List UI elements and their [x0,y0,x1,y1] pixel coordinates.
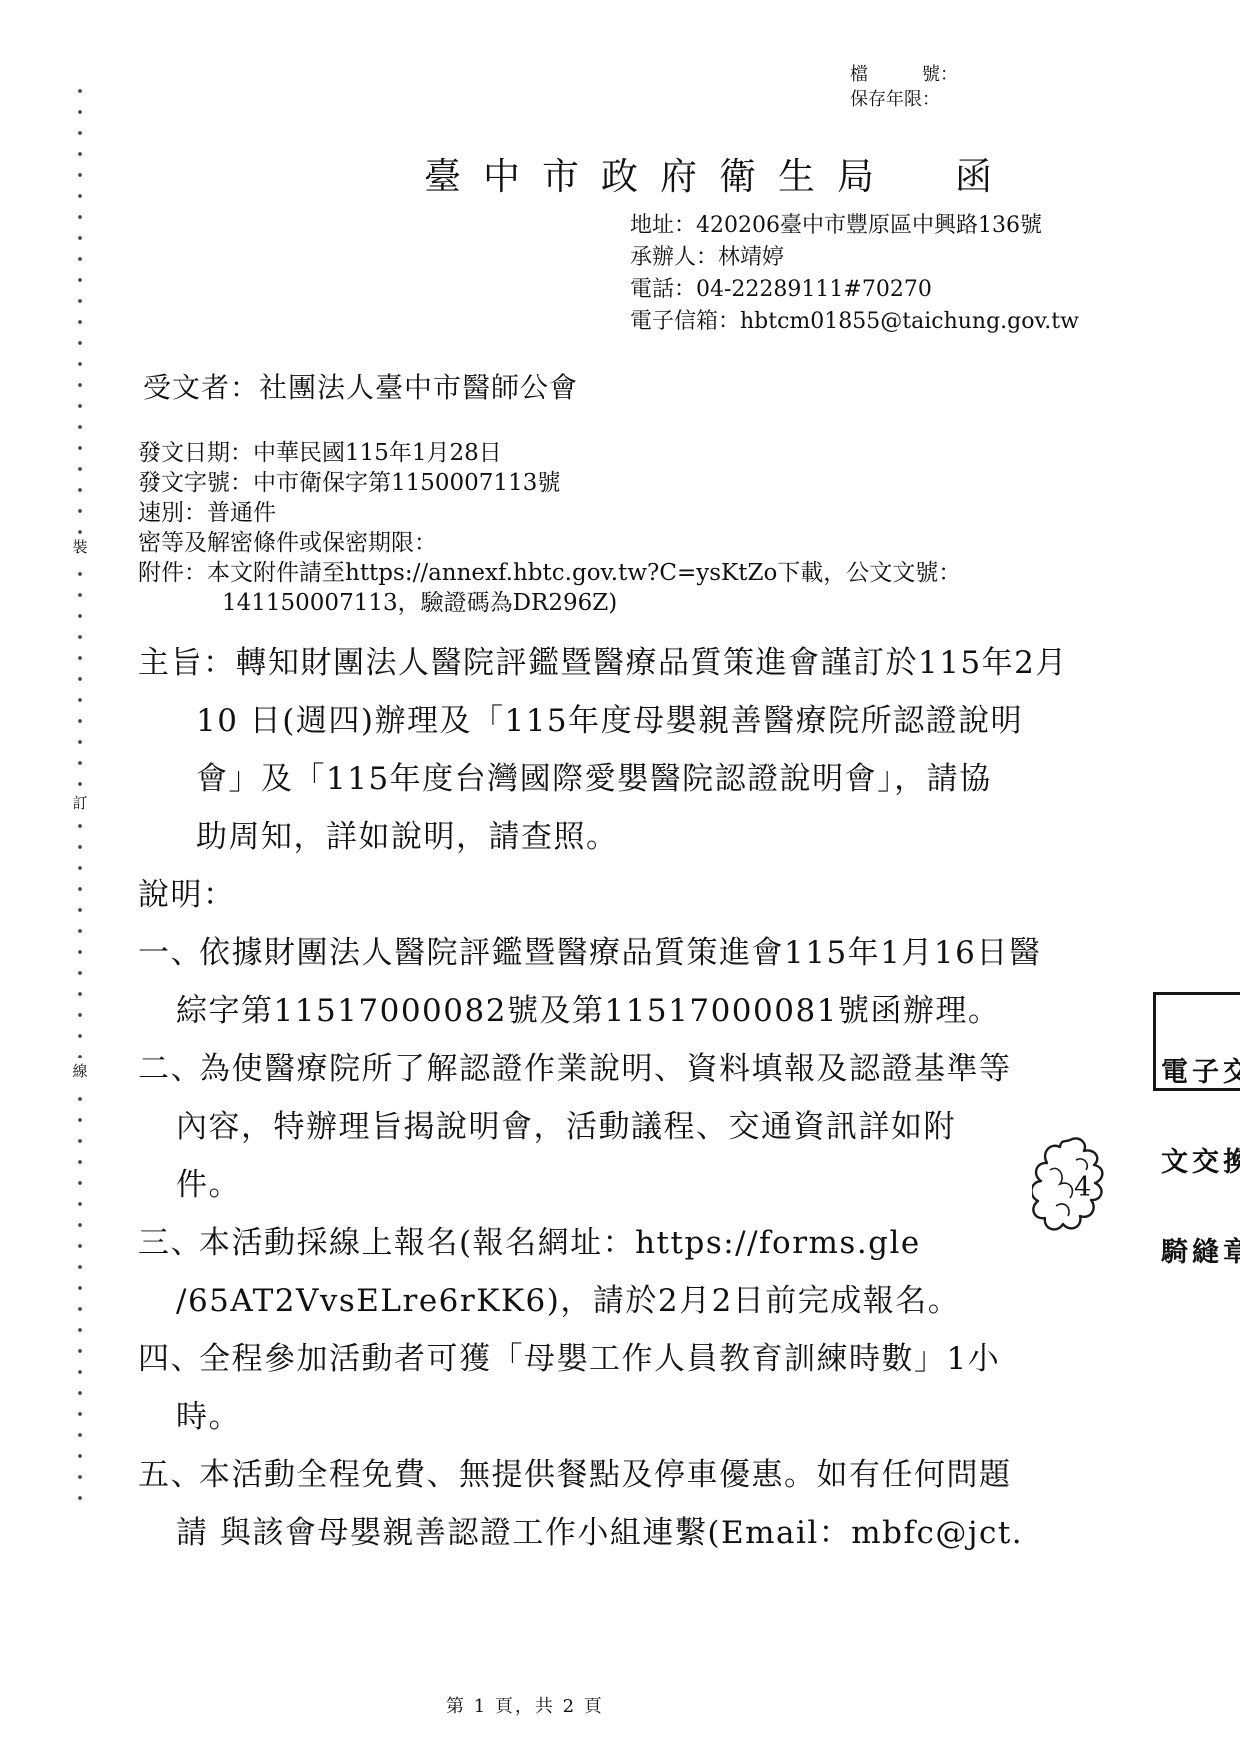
fold-mark-staple: 訂 [68,790,92,816]
subject-line-2: 10 日(週四)辦理及「115年度母嬰親善醫療院所認證說明 [138,692,1068,750]
official-letter-page: 檔 號： 保存年限： 臺中市政府衛生局 函 地址：420206臺中市豐原區中興路… [0,0,1240,1754]
sender-email: 電子信箱：hbtcm01855@taichung.gov.tw [630,306,1079,338]
retention-label: 保存年限： [850,87,958,112]
item-2-line-1: 二、為使醫療院所了解認證作業說明、資料填報及認證基準等 [138,1040,1068,1098]
item-1-number: 一、 [138,935,203,971]
subject-line-4: 助周知，詳如說明，請查照。 [138,808,1068,866]
file-header-block: 檔 號： 保存年限： [850,62,958,112]
item-3-line-1: 三、本活動採線上報名(報名網址：https://forms.gle [138,1214,1068,1272]
item-2-number: 二、 [138,1051,203,1087]
subject-line-1: 主旨：轉知財團法人醫院評鑑暨醫療品質策進會謹訂於115年2月 [138,634,1068,692]
sender-phone: 電話：04-22289111#70270 [630,274,1079,306]
item-2-line-3: 件。 [138,1156,1068,1214]
item-4-line-1: 四、全程參加活動者可獲「母嬰工作人員教育訓練時數」1小 [138,1330,1068,1388]
doc-number-line: 發文字號：中市衛保字第1150007113號 [138,468,961,498]
item-4-number: 四、 [138,1341,203,1377]
recipient-line: 受文者：社團法人臺中市醫師公會 [143,366,578,406]
item-5-line-1: 五、本活動全程免費、無提供餐點及停車優惠。如有任何問題 [138,1446,1068,1504]
description-label: 說明： [138,866,1068,924]
attachment-line-2: 141150007113，驗證碼為DR296Z) [138,588,961,618]
issue-date-line: 發文日期：中華民國115年1月28日 [138,438,961,468]
exchange-stamp-row-2: 文交換 [1161,1148,1240,1178]
subject-label: 主旨： [138,645,236,681]
exchange-stamp-row-1: 電子交 [1161,1058,1240,1088]
seal-page-number: 4 [1074,1172,1091,1203]
attachment-line-1: 附件：本文附件請至https://annexf.hbtc.gov.tw?C=ys… [138,558,961,588]
security-line: 密等及解密條件或保密期限： [138,528,961,558]
item-3-number: 三、 [138,1225,203,1261]
page-footer: 第 1 頁，共 2 頁 [446,1692,604,1718]
exchange-stamp-row-3: 騎縫章 [1161,1238,1240,1268]
page-joint-seal [1032,1136,1110,1248]
item-3-line-2: /65AT2VvsELre6rKK6)，請於2月2日前完成報名。 [138,1272,1068,1330]
sender-address: 地址：420206臺中市豐原區中興路136號 [630,210,1079,242]
fold-mark-binding: 裝 [68,534,92,560]
speed-line: 速別：普通件 [138,498,961,528]
item-1-line-2: 綜字第11517000082號及第11517000081號函辦理。 [138,982,1068,1040]
crumpled-seal-icon [1032,1136,1110,1244]
document-title: 臺中市政府衛生局 函 [424,146,1014,200]
letter-body: 主旨：轉知財團法人醫院評鑑暨醫療品質策進會謹訂於115年2月 10 日(週四)辦… [138,634,1068,1562]
fold-mark-line: 線 [68,1058,92,1084]
electronic-exchange-stamp: 電子交 文交換 騎縫章 [1153,992,1240,1091]
file-no-label: 檔 號： [850,62,958,87]
item-4-line-2: 時。 [138,1388,1068,1446]
item-5-line-2: 請 與該會母嬰親善認證工作小組連繫(Email：mbfc@jct. [138,1504,1068,1562]
meta-block: 發文日期：中華民國115年1月28日 發文字號：中市衛保字第1150007113… [138,438,961,618]
sender-contact-person: 承辦人：林靖婷 [630,242,1079,274]
item-2-line-2: 內容，特辦理旨揭說明會，活動議程、交通資訊詳如附 [138,1098,1068,1156]
item-5-number: 五、 [138,1457,203,1493]
item-1-line-1: 一、依據財團法人醫院評鑑暨醫療品質策進會115年1月16日醫 [138,924,1068,982]
sender-info-block: 地址：420206臺中市豐原區中興路136號 承辦人：林靖婷 電話：04-222… [630,210,1079,338]
subject-line-3: 會」及「115年度台灣國際愛嬰醫院認證說明會」，請協 [138,750,1068,808]
